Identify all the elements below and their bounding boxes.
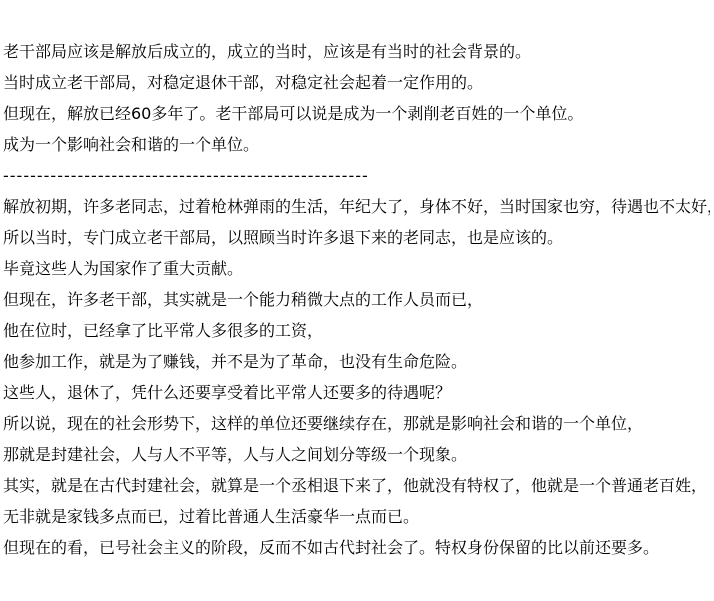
paragraph-line: 所以说，现在的社会形势下，这样的单位还要继续存在，那就是影响社会和谐的一个单位， xyxy=(3,408,710,439)
paragraph-line: 解放初期，许多老同志，过着枪林弹雨的生活，年纪大了，身体不好，当时国家也穷，待遇… xyxy=(3,191,710,222)
paragraph-line: 那就是封建社会，人与人不平等，人与人之间划分等级一个现象。 xyxy=(3,439,710,470)
paragraph-line: 其实，就是在古代封建社会，就算是一个丞相退下来了，他就没有特权了，他就是一个普通… xyxy=(3,470,710,501)
paragraph-line: 他在位时，已经拿了比平常人多很多的工资， xyxy=(3,315,710,346)
paragraph-line: 老干部局应该是解放后成立的，成立的当时，应该是有当时的社会背景的。 xyxy=(3,36,710,67)
paragraph-line: 但现在，许多老干部，其实就是一个能力稍微大点的工作人员而已， xyxy=(3,284,710,315)
document-page: 老干部局应该是解放后成立的，成立的当时，应该是有当时的社会背景的。 当时成立老干… xyxy=(0,0,714,601)
paragraph-line: 他参加工作，就是为了赚钱，并不是为了革命，也没有生命危险。 xyxy=(3,346,710,377)
paragraph-line: 这些人，退休了，凭什么还要享受着比平常人还要多的待遇呢？ xyxy=(3,377,710,408)
paragraph-line: 所以当时，专门成立老干部局，以照顾当时许多退下来的老同志，也是应该的。 xyxy=(3,222,710,253)
paragraph-line: 但现在的看，已号社会主义的阶段，反而不如古代封社会了。特权身份保留的比以前还要多… xyxy=(3,532,710,563)
paragraph-line: 毕竟这些人为国家作了重大贡献。 xyxy=(3,253,710,284)
divider-line: ----------------------------------------… xyxy=(3,160,710,191)
paragraph-line: 无非就是家钱多点而已，过着比普通人生活豪华一点而已。 xyxy=(3,501,710,532)
paragraph-line: 但现在，解放已经60多年了。老干部局可以说是成为一个剥削老百姓的一个单位。 xyxy=(3,98,710,129)
paragraph-line: 成为一个影响社会和谐的一个单位。 xyxy=(3,129,710,160)
paragraph-line: 当时成立老干部局，对稳定退休干部，对稳定社会起着一定作用的。 xyxy=(3,67,710,98)
